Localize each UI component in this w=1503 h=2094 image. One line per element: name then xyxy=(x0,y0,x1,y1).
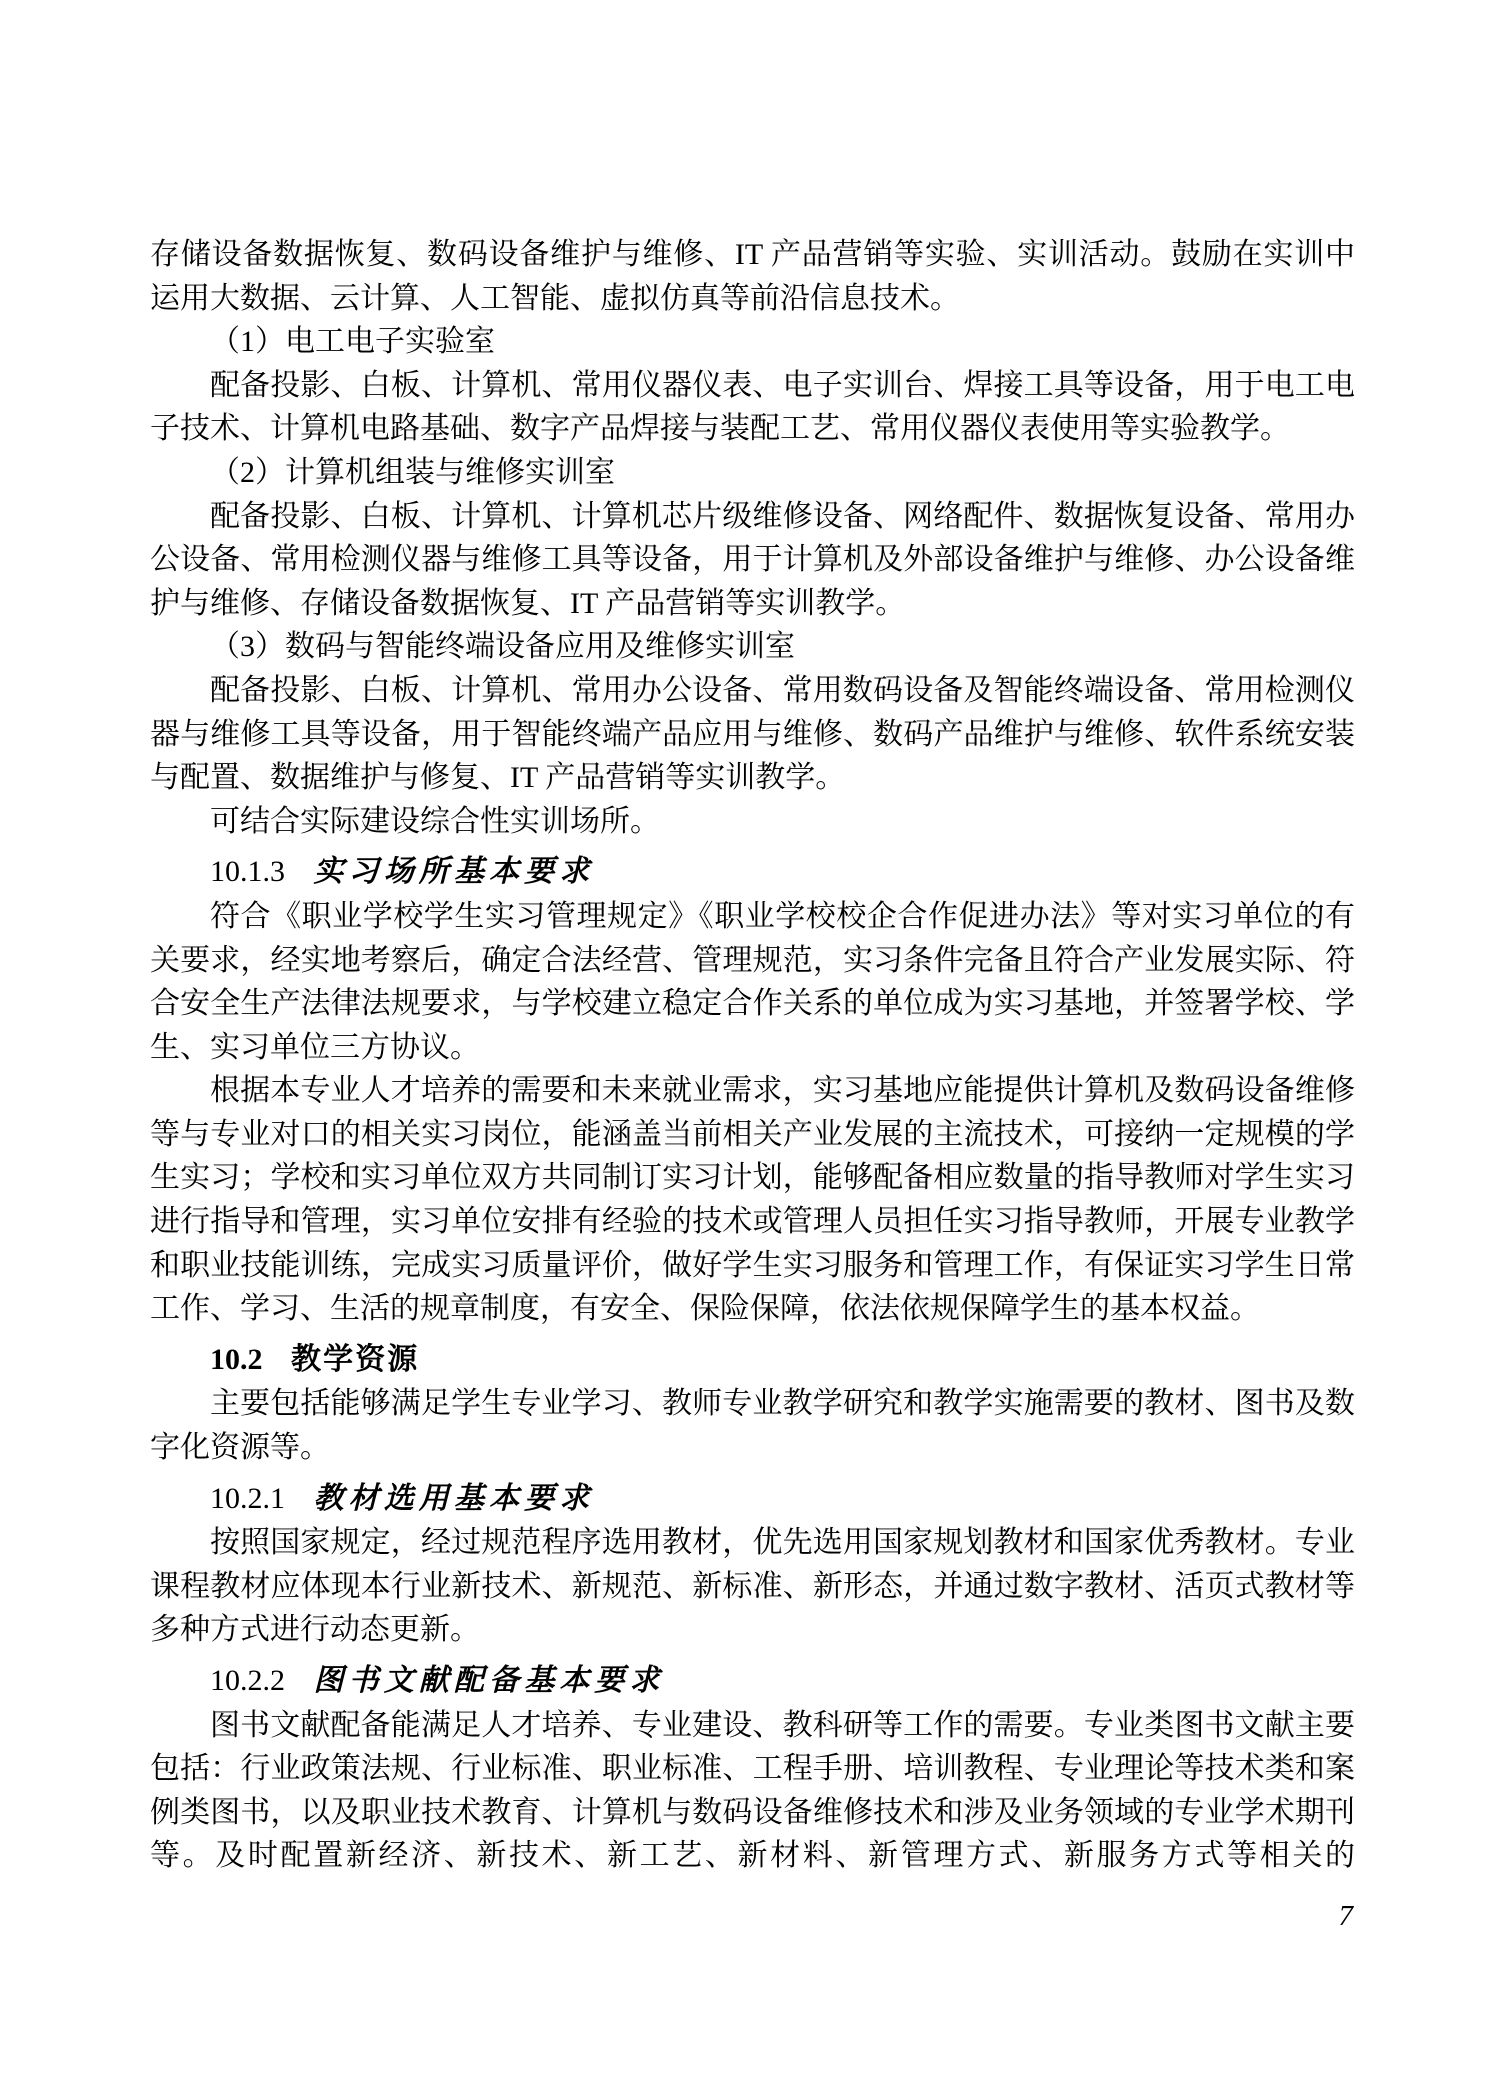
heading-number: 10.2 xyxy=(210,1343,263,1376)
paragraph: 符合《职业学校学生实习管理规定》《职业学校校企合作促进办法》等对实习单位的有关要… xyxy=(150,895,1355,1069)
heading-number: 10.2.2 xyxy=(210,1664,285,1697)
paragraph: （1）电工电子实验室 xyxy=(150,320,1355,364)
heading-number: 10.1.3 xyxy=(210,855,285,888)
paragraph: 根据本专业人才培养的需要和未来就业需求，实习基地应能提供计算机及数码设备维修等与… xyxy=(150,1069,1355,1331)
paragraph: 可结合实际建设综合性实训场所。 xyxy=(150,800,1355,844)
section-heading: 10.2.2图书文献配备基本要求 xyxy=(150,1659,1355,1703)
paragraph: 配备投影、白板、计算机、常用办公设备、常用数码设备及智能终端设备、常用检测仪器与… xyxy=(150,669,1355,800)
paragraph: 主要包括能够满足学生专业学习、教师专业教学研究和教学实施需要的教材、图书及数字化… xyxy=(150,1382,1355,1469)
heading-title: 图书文献配备基本要求 xyxy=(314,1664,665,1697)
paragraph: 按照国家规定，经过规范程序选用教材，优先选用国家规划教材和国家优秀教材。专业课程… xyxy=(150,1521,1355,1652)
section-heading: 10.2教学资源 xyxy=(150,1338,1355,1382)
paragraph: 配备投影、白板、计算机、常用仪器仪表、电子实训台、焊接工具等设备，用于电工电子技… xyxy=(150,364,1355,451)
section-heading: 10.2.1教材选用基本要求 xyxy=(150,1477,1355,1521)
section-heading: 10.1.3实习场所基本要求 xyxy=(150,850,1355,894)
paragraph: 存储设备数据恢复、数码设备维护与维修、IT 产品营销等实验、实训活动。鼓励在实训… xyxy=(150,233,1355,320)
paragraph: （3）数码与智能终端设备应用及维修实训室 xyxy=(150,625,1355,669)
heading-title: 教材选用基本要求 xyxy=(314,1482,595,1515)
heading-title: 实习场所基本要求 xyxy=(314,855,595,888)
paragraph: （2）计算机组装与维修实训室 xyxy=(150,451,1355,495)
paragraph: 图书文献配备能满足人才培养、专业建设、教科研等工作的需要。专业类图书文献主要包括… xyxy=(150,1704,1355,1878)
page-number: 7 xyxy=(1339,1899,1354,1933)
paragraph: 配备投影、白板、计算机、计算机芯片级维修设备、网络配件、数据恢复设备、常用办公设… xyxy=(150,495,1355,626)
heading-title: 教学资源 xyxy=(291,1343,419,1376)
document-body: 存储设备数据恢复、数码设备维护与维修、IT 产品营销等实验、实训活动。鼓励在实训… xyxy=(150,233,1355,1878)
heading-number: 10.2.1 xyxy=(210,1482,285,1515)
document-page: 存储设备数据恢复、数码设备维护与维修、IT 产品营销等实验、实训活动。鼓励在实训… xyxy=(0,0,1503,2094)
